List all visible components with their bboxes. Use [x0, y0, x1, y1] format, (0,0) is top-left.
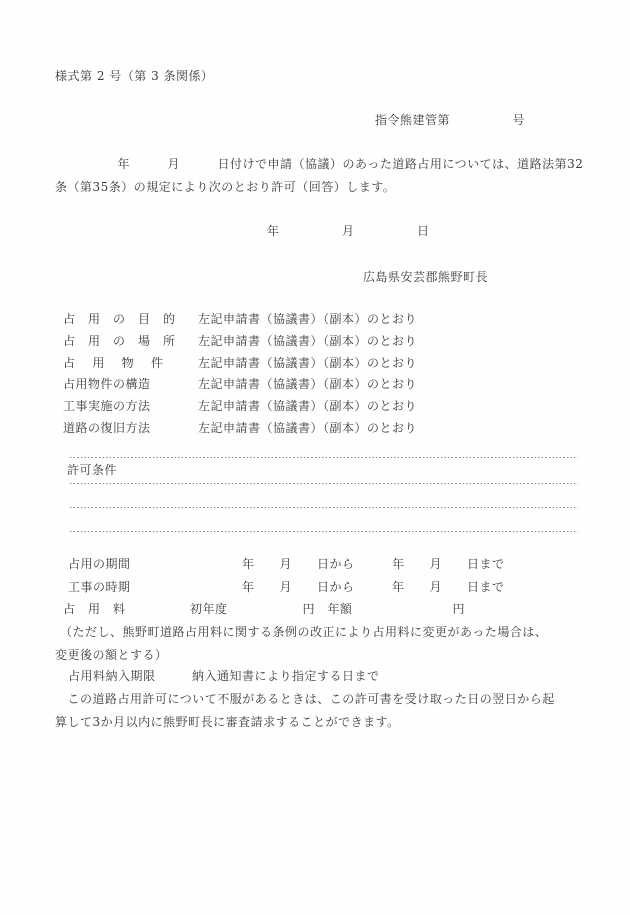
intro-line-2: 条（第35条）の規定により次のとおり許可（回答）します。 [55, 180, 395, 194]
fee-row-label: 占 用 料 [63, 602, 126, 616]
fee-row-value: 初年度 円 年額 円 [190, 602, 465, 616]
detail-row-label: 工事実施の方法 [63, 399, 151, 413]
permit-conditions-label: 許可条件 [67, 463, 117, 477]
period-row-value: 年 月 日から 年 月 日まで [242, 580, 505, 594]
issue-date-line: 年 月 日 [267, 224, 430, 238]
detail-row-label: 占 用 の 場 所 [63, 334, 176, 348]
period-row-label: 占用の期間 [68, 557, 131, 571]
detail-row-label: 占 用 の 目 的 [63, 312, 176, 326]
detail-row-label: 占用物件の構造 [63, 377, 151, 391]
fee-note-line-1: （ただし、熊野町道路占用料に関する条例の改正により占用料に変更があった場合は、 [60, 625, 547, 639]
form-number: 様式第 2 号（第 3 条関係） [55, 69, 214, 83]
detail-row-value: 左記申請書（協議書）（副本）のとおり [198, 334, 417, 348]
fee-note-line-2: 変更後の額とする） [55, 648, 168, 662]
payment-deadline-label: 占用料納入期限 [68, 669, 156, 683]
payment-deadline-value: 納入通知書により指定する日まで [192, 669, 380, 683]
detail-row-value: 左記申請書（協議書）（副本）のとおり [198, 312, 417, 326]
detail-row-value: 左記申請書（協議書）（副本）のとおり [198, 377, 417, 391]
dotted-line [70, 531, 578, 532]
intro-line-1: 年 月 日付けで申請（協議）のあった道路占用については、道路法第32 [55, 157, 583, 171]
directive-number-line: 指令熊建管第 号 [375, 113, 525, 127]
detail-row-label: 占 用 物 件 [63, 356, 163, 370]
detail-row-value: 左記申請書（協議書）（副本）のとおり [198, 421, 417, 435]
detail-row-value: 左記申請書（協議書）（副本）のとおり [198, 399, 417, 413]
permit-form-page: 様式第 2 号（第 3 条関係） 指令熊建管第 号 年 月 日付けで申請（協議）… [0, 0, 630, 915]
appeal-note-line-1: この道路占用許可について不服があるときは、この許可書を受け取った日の翌日から起 [55, 692, 555, 706]
dotted-line [70, 457, 578, 458]
issuer-name: 広島県安芸郡熊野町長 [363, 270, 488, 284]
dotted-line [70, 507, 578, 508]
period-row-label: 工事の時期 [68, 580, 131, 594]
dotted-line [70, 483, 578, 484]
detail-row-value: 左記申請書（協議書）（副本）のとおり [198, 356, 417, 370]
detail-row-label: 道路の復旧方法 [63, 421, 151, 435]
period-row-value: 年 月 日から 年 月 日まで [242, 557, 505, 571]
appeal-note-line-2: 算して3か月以内に熊野町長に審査請求することができます。 [55, 715, 400, 729]
